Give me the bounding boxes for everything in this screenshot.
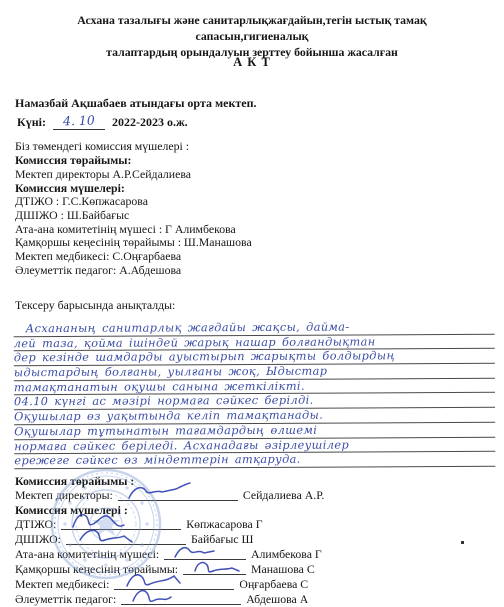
signature-printed-name: Оңғарбаева С <box>239 577 371 592</box>
signature-blank-line <box>121 592 241 605</box>
signature-label: ДТІЖО: <box>15 517 56 532</box>
document-title: Асхана тазалығы және санитарлықжағдайын,… <box>0 12 504 60</box>
signature-blank-line <box>118 488 238 501</box>
signature-row: ДТІЖО: Көпжасарова Г <box>15 517 383 532</box>
signatures-chair-heading: Комиссия төрайымы : <box>15 474 415 488</box>
handwritten-line: ережеге сәйкес өз міндеттерін атқаруда. <box>14 452 495 469</box>
signature-printed-name: Абдешова А <box>246 592 378 607</box>
intro-line: Біз төмендегі комиссия мүшелері : <box>15 139 189 154</box>
member-item: Әлеуметтік педагог: А.Абдешова <box>15 264 252 278</box>
signature-section: Комиссия төрайымы : Мектеп директоры: Се… <box>15 474 415 607</box>
signature-blank-line <box>164 547 246 560</box>
signature-printed-name: Алимбекова Г <box>251 547 383 562</box>
commission-members-list: ДТІЖО : Г.С.Көпжасарова ДШІЖО : Ш.Байбағ… <box>15 195 252 278</box>
signature-printed-name: Манашова С <box>251 562 383 577</box>
member-item: Қамқоршы кеңесінің төрайымы : Ш.Манашова <box>15 236 252 250</box>
date-label: Күні: <box>17 115 46 129</box>
school-name: Намазбай Ақшабаев атындағы орта мектеп. <box>15 96 257 111</box>
signature-row: Қамқоршы кеңесінің төрайымы: Манашова С <box>15 562 383 577</box>
signature-row: Ата-ана комитетінің мүшесі: Алимбекова Г <box>15 547 383 562</box>
signature-blank-line <box>114 577 234 590</box>
date-blank: 4. 10 <box>53 113 105 130</box>
commission-chair-name: Мектеп директоры А.Р.Сейдалиева <box>15 167 191 182</box>
signature-label: Мектеп директоры: <box>15 488 113 503</box>
member-item: Мектеп медбикесі: С.Оңғарбаева <box>15 250 252 264</box>
signatures-members-heading: Комиссия мүшелері : <box>15 503 415 517</box>
signature-printed-name: Байбағыс Ш <box>191 532 323 547</box>
signature-printed-name: Сейдалиева А.Р. <box>243 488 375 503</box>
signature-label: Ата-ана комитетінің мүшесі: <box>15 547 159 562</box>
date-handwritten-value: 4. 10 <box>63 112 95 128</box>
signature-label: ДШІЖО: <box>15 532 61 547</box>
handwritten-findings: Асхананың санитарлық жағдайы жақсы, дайм… <box>14 320 496 469</box>
scanned-act-document: Асхана тазалығы және санитарлықжағдайын,… <box>0 0 504 607</box>
signature-blank-line <box>66 532 186 545</box>
signature-row: Мектеп директоры: Сейдалиева А.Р. <box>15 488 383 503</box>
member-item: ДТІЖО : Г.С.Көпжасарова <box>15 195 252 209</box>
signature-label: Әлеуметтік педагог: <box>15 592 116 607</box>
scan-artifact-dot <box>461 541 464 544</box>
document-title-line1: Асхана тазалығы және санитарлықжағдайын,… <box>28 12 476 44</box>
school-year: 2022-2023 о.ж. <box>112 115 188 129</box>
signature-label: Қамқоршы кеңесінің төрайымы: <box>15 562 178 577</box>
signature-row: Мектеп медбикесі: Оңғарбаева С <box>15 577 383 592</box>
member-item: ДШІЖО : Ш.Байбағыс <box>15 209 252 223</box>
signature-label: Мектеп медбикесі: <box>15 577 109 592</box>
signature-row: Әлеуметтік педагог: Абдешова А <box>15 592 383 607</box>
date-row: Күні: 4. 10 2022-2023 о.ж. <box>17 113 188 130</box>
act-heading: А К Т <box>0 55 504 70</box>
member-item: Ата-ана комитетінің мүшесі : Г Алимбеков… <box>15 223 252 237</box>
signature-blank-line <box>61 517 181 530</box>
signature-blank-line <box>183 562 246 575</box>
commission-chair-heading: Комиссия төрайымы: <box>15 153 131 168</box>
signature-printed-name: Көпжасарова Г <box>186 517 318 532</box>
findings-heading: Тексеру барысында анықталды: <box>15 298 175 313</box>
signature-row: ДШІЖО: Байбағыс Ш <box>15 532 383 547</box>
